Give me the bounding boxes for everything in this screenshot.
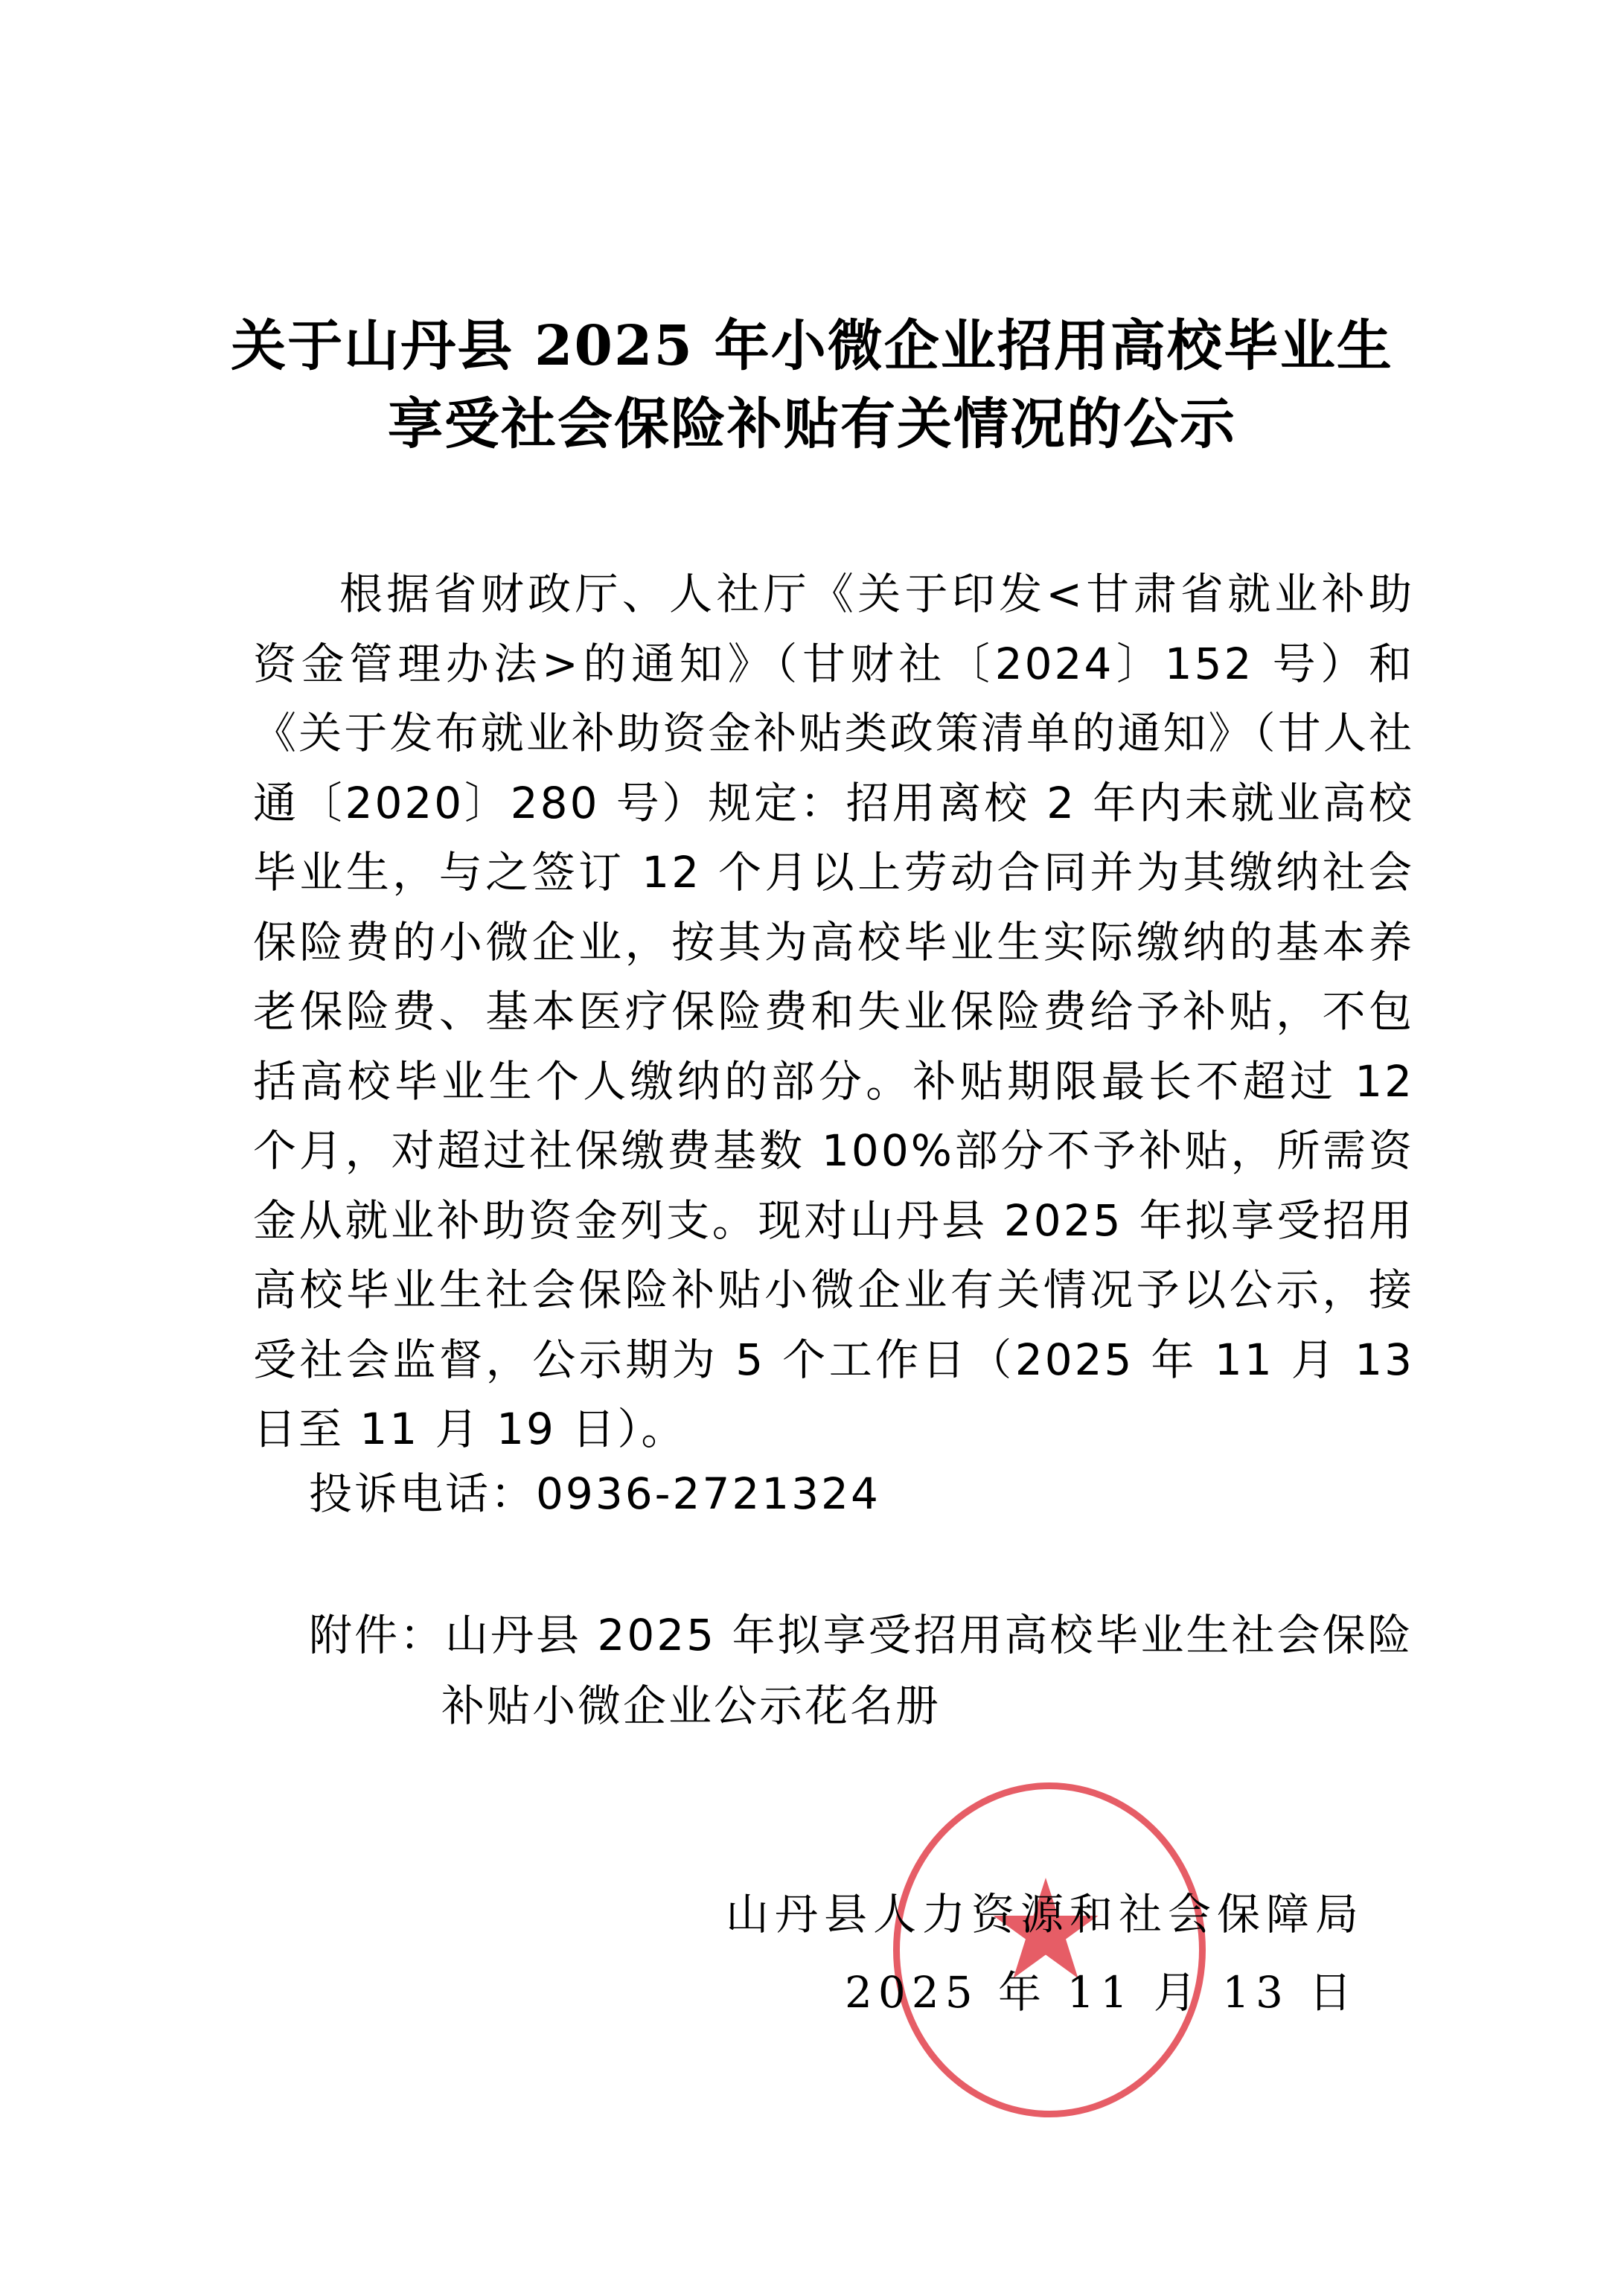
attachment-label: 附件： [309,1610,445,1660]
complaint-phone: 投诉电话：0936-2721324 [309,1459,880,1521]
attachment: 附件：山丹县 2025 年拟享受招用高校毕业生社会保险 补贴小微企业公示花名册 [309,1600,1413,1742]
attachment-title-2: 补贴小微企业公示花名册 [309,1671,1413,1742]
phone-label: 投诉电话： [309,1468,536,1519]
issuing-authority: 山丹县人力资源和社会保障局 [726,1879,1364,1942]
document-title-line-2: 享受社会保险补贴有关情况的公示 [0,387,1624,461]
phone-number: 0936-2721324 [536,1468,880,1519]
body-paragraph: 根据省财政厅、人社厅《关于印发<甘肃省就业补助资金管理办法>的通知》（甘财社〔2… [253,560,1414,1465]
document-title-line-1: 关于山丹县 2025 年小微企业招用高校毕业生 [0,309,1624,383]
attachment-title-1: 山丹县 2025 年拟享受招用高校毕业生社会保险 [445,1610,1413,1660]
issue-date: 2025 年 11 月 13 日 [845,1957,1358,2020]
